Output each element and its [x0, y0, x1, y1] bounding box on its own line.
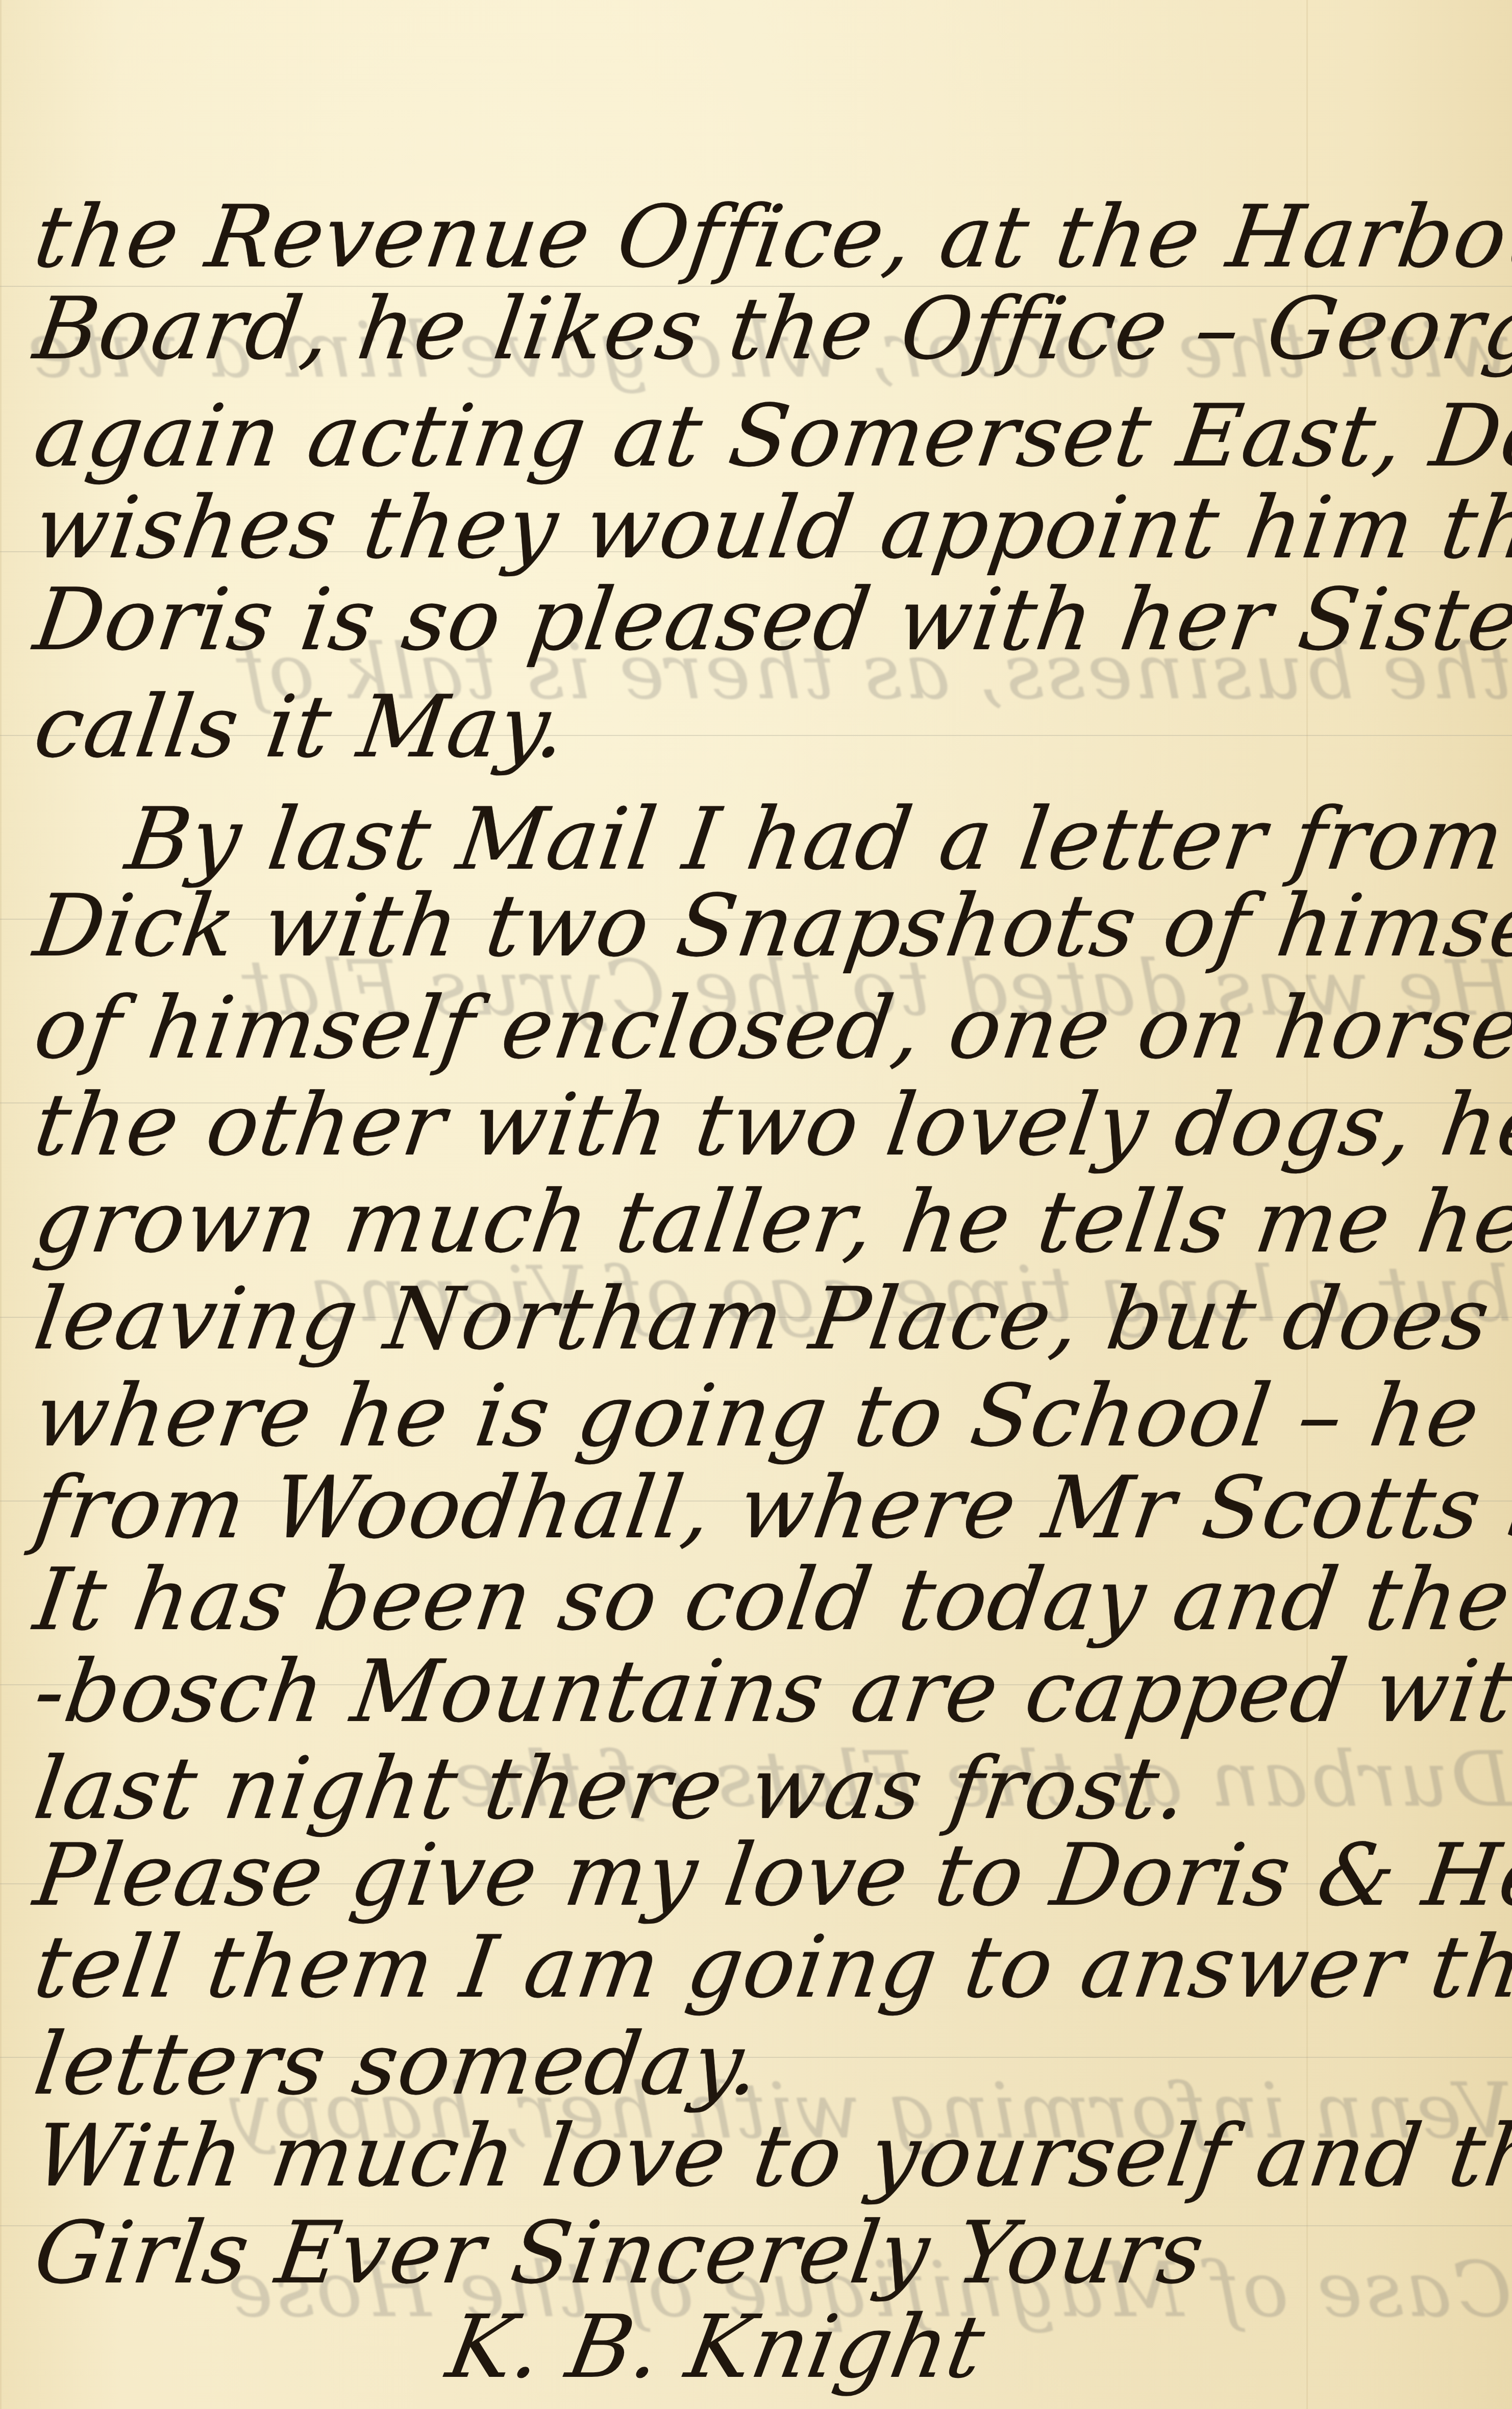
letter-line: of himself enclosed, one on horseback — [30, 985, 1488, 1071]
letter-line: With much love to yourself and the — [30, 2113, 1488, 2199]
letter-line: -bosch Mountains are capped with snow. — [30, 1649, 1488, 1734]
letter-line: calls it May. — [30, 684, 1488, 770]
letter-line: Girls Ever Sincerely Yours — [30, 2210, 1488, 2296]
letter-line: It has been so cold today and the Stelle… — [30, 1557, 1488, 1642]
letter-line: tell them I am going to answer their — [30, 1924, 1488, 2010]
letter-line: leaving Northam Place, but does not know — [30, 1276, 1488, 1362]
letter-line: grown much taller, he tells me he is — [30, 1179, 1488, 1265]
page-edge — [0, 0, 2, 2409]
letter-line: where he is going to School – he wrote — [30, 1373, 1488, 1459]
letter-line: wishes they would appoint him there. — [30, 485, 1488, 571]
letter-line: from Woodhall, where Mr Scotts Sisters l… — [30, 1465, 1488, 1551]
letter-line: again acting at Somerset East, Dora — [30, 393, 1488, 479]
letter-line: the Revenue Office, at the Harbour — [30, 194, 1488, 280]
signature: K. B. Knight — [440, 2297, 992, 2398]
letter-line: Board, he likes the Office – George is — [30, 286, 1488, 372]
letter-line: Please give my love to Doris & Helena an… — [30, 1832, 1488, 1918]
letter-line: Dick with two Snapshots of himself, — [30, 883, 1488, 969]
letter-line: letters someday. — [30, 2021, 1488, 2107]
letter-line: the other with two lovely dogs, he has — [30, 1082, 1488, 1168]
letter-line: By last Mail I had a letter from — [121, 796, 1488, 882]
letter-line: Doris is so pleased with her Sister, and — [30, 577, 1488, 662]
letter-line: last night there was frost. — [30, 1746, 1488, 1831]
